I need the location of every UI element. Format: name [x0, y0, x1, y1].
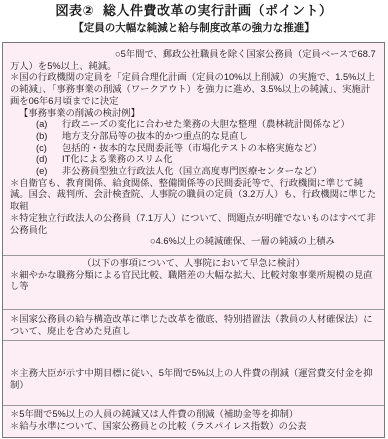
figure-subtitle: 【定員の大幅な純減と給与制度改革の強力な推進】 [0, 22, 388, 35]
list-item: (c)包括的・抜本的な民間委託等（市場化テストの本格実施など） [10, 143, 377, 155]
list-item-label: (e) [36, 166, 62, 178]
lead-statement: ○5年間で、郵政公社職員を除く国家公務員（定員ベースで68.7万人）を5%以上、… [10, 49, 377, 72]
list-item: (e)非公務員型独立行政法人化（国立高度専門医療センターなど） [10, 166, 377, 178]
dokuritsu-houjin-item: ＊主務大臣が示す中期目標に従い、5年間で5%以上の人件費の削減（運営費交付金を抑… [10, 368, 377, 391]
section-dokuritsu-houjin: ＊主務大臣が示す中期目標に従い、5年間で5%以上の人件費の削減（運営費交付金を抑… [3, 340, 384, 405]
list-item-text: 行政ニーズの変化に合わせた業務の大胆な整理（農林統計関係など） [62, 119, 350, 129]
section-chihou-koumuin: ＊5年間で5%以上の人員の純減又は人件費の削減（補助金等を抑制） ＊給与水準につ… [3, 405, 384, 433]
examples-heading: 【事務事業の削減の検討例】 [10, 108, 377, 120]
page-title: 図表②総人件費改革の実行計画（ポイント） [0, 3, 388, 19]
chihou-item-1: ＊5年間で5%以上の人員の純減又は人件費の削減（補助金等を抑制） [10, 409, 377, 421]
kyuyo-kouzou-item: ＊国家公務員の給与構造改革に準じた改革を徹底、特別措置法（教員の人材確保法）につ… [10, 314, 377, 337]
list-item-label: (d) [36, 154, 62, 166]
list-item-text: 包括的・抜本的な民間委託等（市場化テストの本格実施など） [62, 143, 322, 153]
section-jinjiin-kentou: （以下の事項について、人事院において早急に検討） ＊細やかな職務分類による官民比… [3, 255, 384, 309]
list-item-label: (c) [36, 143, 62, 155]
jinjiin-note: （以下の事項について、人事院において早急に検討） [10, 258, 377, 270]
jinjiin-item: ＊細やかな職務分類による官民比較、職階差の大幅な拡大、比較対象事業所規模の見直し… [10, 270, 377, 293]
chihou-item-2: ＊給与水準について、国家公務員との比較（ラスパイレス指数）の公表 [10, 421, 377, 433]
tokutei-houjin-text: ＊特定独立行政法人の公務員（7.1万人）について、問題点が明確でないものはすべて… [10, 213, 377, 236]
figure-number-label: 図表② [55, 3, 94, 18]
list-item: (d)IT化による業務のスリム化 [10, 154, 377, 166]
list-item: (a)行政ニーズの変化に合わせた業務の大胆な整理（農林統計関係など） [10, 119, 377, 131]
reform-plan-panel: ○5年間で、郵政公社職員を除く国家公務員（定員ベースで68.7万人）を5%以上、… [2, 42, 385, 438]
rationalization-plan-text: ＊国の行政機関の定員を「定員合理化計画（定員の10%以上削減）の実施で、1.5%… [10, 72, 377, 107]
list-item-label: (a) [36, 119, 62, 131]
self-defense-text: ＊自衛官も、教育関係、給食関係、整備関係等の民間委託等で、行政機関に準じて純減。… [10, 178, 377, 213]
net-reduction-result: ○4.6%以上の純減確保、一層の純減の上積み [10, 236, 377, 248]
list-item-text: 非公務員型独立行政法人化（国立高度専門医療センターなど） [62, 166, 322, 176]
figure-header: 図表②総人件費改革の実行計画（ポイント） 【定員の大幅な純減と給与制度改革の強力… [0, 0, 388, 34]
list-item-text: IT化による業務のスリム化 [62, 154, 173, 164]
list-item-label: (b) [36, 131, 62, 143]
list-item: (b)地方支分部局等の抜本的かつ重点的な見直し [10, 131, 377, 143]
list-item-text: 地方支分部局等の抜本的かつ重点的な見直し [62, 131, 248, 141]
figure-title-text: 総人件費改革の実行計画（ポイント） [103, 3, 333, 18]
section-teiin-junnen: ○5年間で、郵政公社職員を除く国家公務員（定員ベースで68.7万人）を5%以上、… [3, 43, 384, 255]
section-kyuyo-kouzou: ＊国家公務員の給与構造改革に準じた改革を徹底、特別措置法（教員の人材確保法）につ… [3, 309, 384, 340]
